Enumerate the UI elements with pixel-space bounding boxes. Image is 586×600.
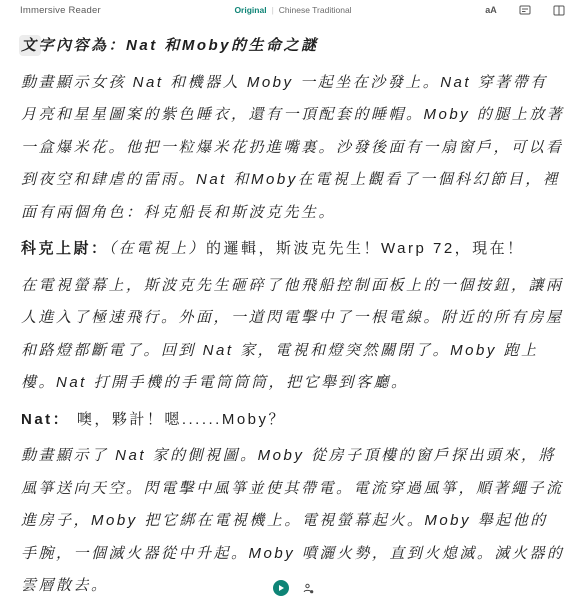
text-segment: 動畫顯示了 Nat 家的側視圖。Moby 從房子頂樓的窗戶探出頭來，將風箏送向天… xyxy=(21,447,564,594)
play-icon xyxy=(279,585,284,591)
grammar-options-icon[interactable] xyxy=(518,4,532,16)
language-original-button[interactable]: Original xyxy=(234,5,266,15)
narration-paragraph: 動畫顯示女孩 Nat 和機器人 Moby 一起坐在沙發上。Nat 穿著帶有月亮和… xyxy=(21,67,565,230)
text-segment: （在電視上） xyxy=(109,240,207,257)
dialogue-paragraph: 科克上尉：（在電視上）的邏輯，斯波克先生！Warp 72，現在！ xyxy=(21,233,565,266)
text-preferences-icon[interactable]: aA xyxy=(484,4,498,16)
language-translated-button[interactable]: Chinese Traditional xyxy=(279,5,352,15)
voice-settings-icon xyxy=(303,583,314,594)
playback-controls xyxy=(0,580,586,596)
play-button[interactable] xyxy=(273,580,289,596)
app-title: Immersive Reader xyxy=(20,5,101,16)
text-segment: 噢，夥計！嗯......Moby？ xyxy=(70,411,286,428)
text-segment: 字內容為：Nat 和Moby的生命之謎 xyxy=(39,37,319,54)
article: 文字內容為：Nat 和Moby的生命之謎動畫顯示女孩 Nat 和機器人 Moby… xyxy=(0,20,586,600)
voice-settings-button[interactable] xyxy=(303,583,314,594)
article-title: 文字內容為：Nat 和Moby的生命之謎 xyxy=(21,30,565,63)
toolbar: aA xyxy=(484,4,566,16)
dialogue-paragraph: Nat： 噢，夥計！嗯......Moby？ xyxy=(21,404,565,437)
text-segment: 科克上尉： xyxy=(21,240,109,257)
reading-preferences-icon[interactable] xyxy=(552,4,566,16)
top-bar: Immersive Reader Original | Chinese Trad… xyxy=(0,0,586,20)
language-toggle: Original | Chinese Traditional xyxy=(234,5,351,15)
text-segment: 動畫顯示女孩 Nat 和機器人 Moby 一起坐在沙發上。Nat 穿著帶有月亮和… xyxy=(21,74,564,221)
language-toggle-divider: | xyxy=(272,5,274,15)
highlighted-char: 文 xyxy=(21,37,39,54)
narration-paragraph: 動畫顯示了 Nat 家的側視圖。Moby 從房子頂樓的窗戶探出頭來，將風箏送向天… xyxy=(21,440,565,600)
narration-paragraph: 在電視螢幕上，斯波克先生砸碎了他飛船控制面板上的一個按鈕，讓兩人進入了極速飛行。… xyxy=(21,270,565,400)
text-segment: 的邏輯，斯波克先生！Warp 72，現在！ xyxy=(206,240,525,257)
text-segment: Nat： xyxy=(21,411,70,428)
text-segment: 在電視螢幕上，斯波克先生砸碎了他飛船控制面板上的一個按鈕，讓兩人進入了極速飛行。… xyxy=(21,277,564,392)
